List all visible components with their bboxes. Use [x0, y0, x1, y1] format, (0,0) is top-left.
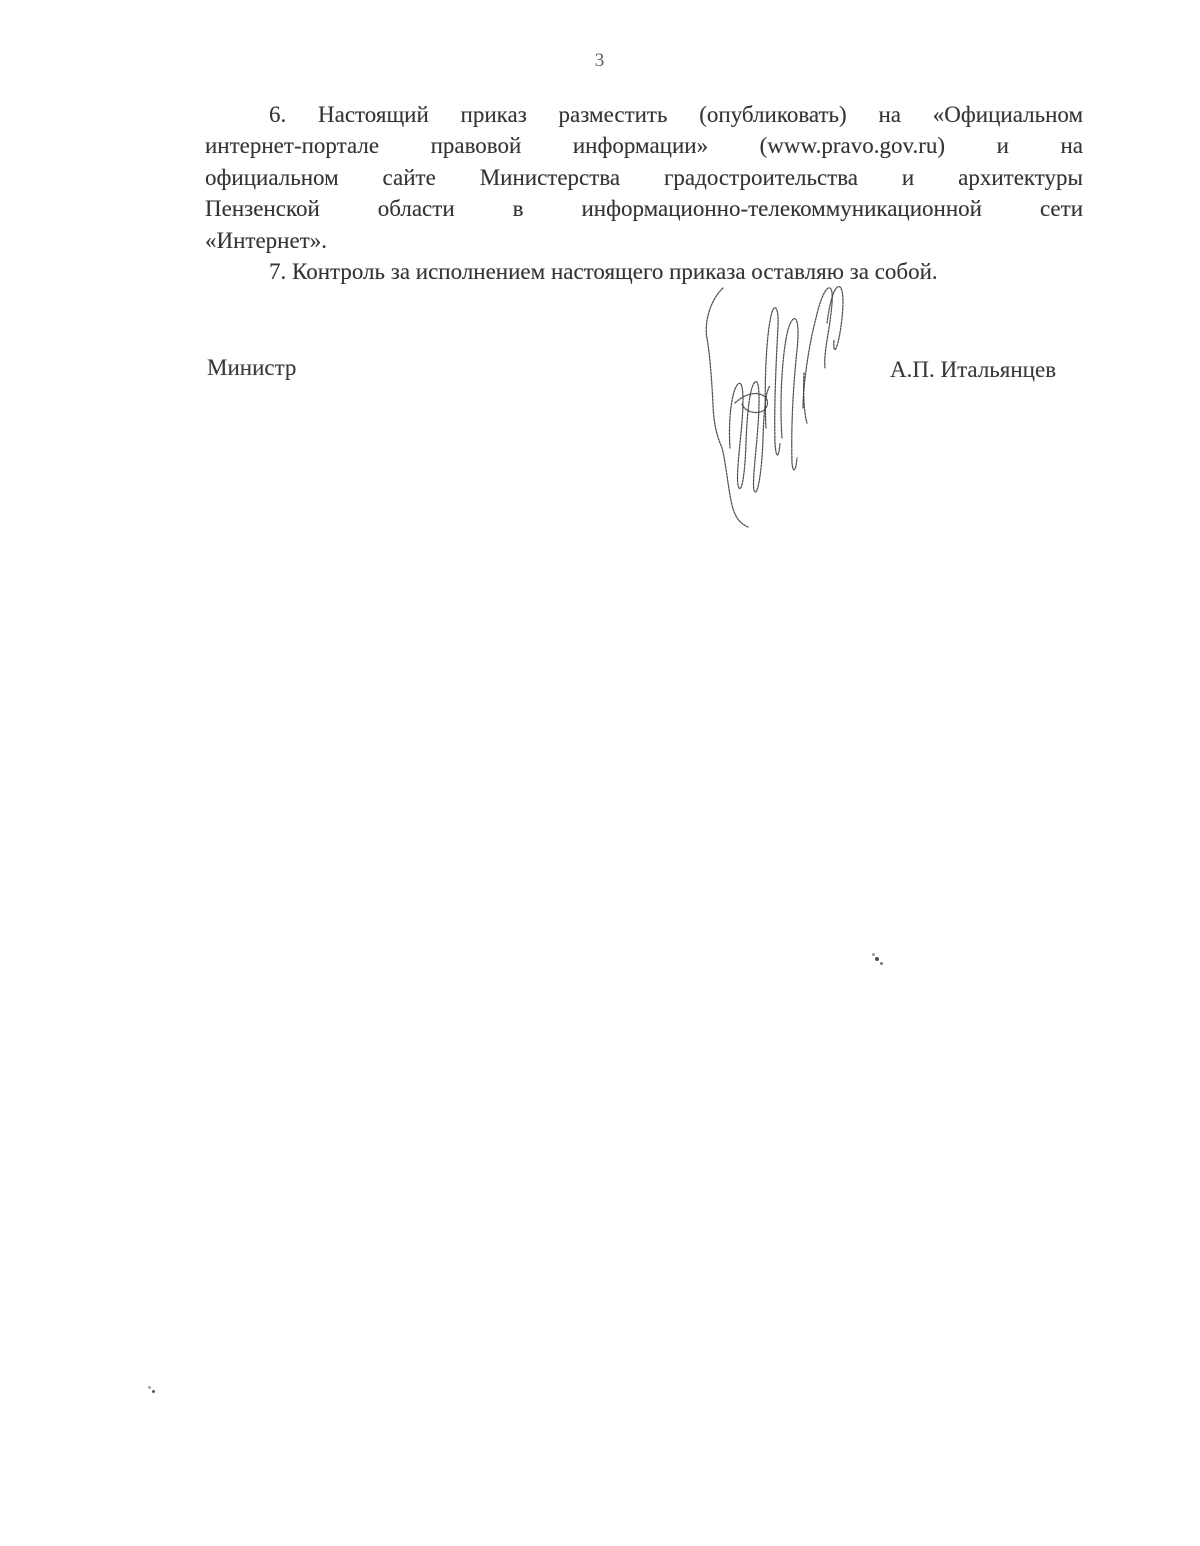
scan-artifact: [872, 953, 875, 956]
signer-name: А.П. Итальянцев: [890, 357, 1056, 383]
scan-artifact: [875, 957, 879, 961]
page-number: 3: [0, 50, 1200, 72]
order-item-7: 7. Контроль за исполнением настоящего пр…: [205, 256, 1083, 287]
scan-artifact: [148, 1386, 151, 1389]
scan-artifact: [880, 962, 883, 965]
minister-signature: [700, 278, 860, 533]
order-item-6-line: интернет-портале правовой информации» (w…: [205, 130, 1083, 161]
order-body: 6. Настоящий приказ разместить (опублико…: [205, 99, 1083, 287]
document-page: 3 6. Настоящий приказ разместить (опубли…: [0, 0, 1200, 1546]
order-item-6-line: «Интернет».: [205, 225, 1083, 256]
scan-artifact: [152, 1390, 155, 1393]
order-item-6-line: официальном сайте Министерства градостро…: [205, 162, 1083, 193]
order-item-6-line: 6. Настоящий приказ разместить (опублико…: [205, 99, 1083, 130]
order-item-6-line: Пензенской области в информационно-телек…: [205, 193, 1083, 224]
signer-title: Министр: [207, 355, 296, 381]
